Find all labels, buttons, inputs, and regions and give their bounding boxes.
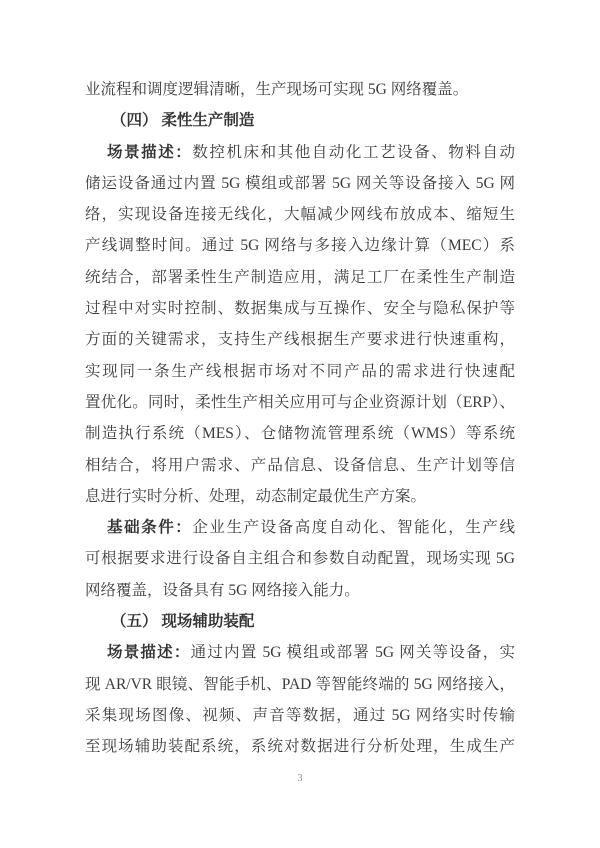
body-line: 产线调整时间。通过 5G 网络与多接入边缘计算（MEC）系 [85, 230, 515, 261]
body-line: 现 AR/VR 眼镜、智能手机、PAD 等智能终端的 5G 网络接入， [85, 669, 515, 700]
body-line: 采集现场图像、视频、声音等数据，通过 5G 网络实时传输 [85, 700, 515, 731]
body-line: 方面的关键需求，支持生产线根据生产要求进行快速重构， [85, 324, 515, 355]
body-line: 置优化。同时，柔性生产相关应用可与企业资源计划（ERP）、 [85, 387, 515, 418]
body-line: 实现同一条生产线根据市场对不同产品的需求进行快速配 [85, 356, 515, 387]
body-line: 息进行实时分析、处理，动态制定最优生产方案。 [85, 481, 515, 512]
page-number: 3 [0, 772, 600, 786]
body-line: 过程中对实时控制、数据集成与互操作、安全与隐私保护等 [85, 293, 515, 324]
body-line: 网络覆盖，设备具有 5G 网络接入能力。 [85, 575, 515, 606]
body-line: 场景描述：数控机床和其他自动化工艺设备、物料自动 [85, 137, 515, 168]
body-line: 基础条件：企业生产设备高度自动化、智能化，生产线 [85, 512, 515, 543]
document-page: 业流程和调度逻辑清晰，生产现场可实现 5G 网络覆盖。 （四） 柔性生产制造 场… [0, 0, 600, 848]
body-line-text: 数控机床和其他自动化工艺设备、物料自动 [192, 144, 515, 161]
document-body: 业流程和调度逻辑清晰，生产现场可实现 5G 网络覆盖。 （四） 柔性生产制造 场… [85, 74, 515, 763]
paragraph-label: 场景描述： [107, 144, 192, 161]
body-line: 统结合，部署柔性生产制造应用，满足工厂在柔性生产制造 [85, 262, 515, 293]
section-heading-5: （五） 现场辅助装配 [85, 606, 515, 637]
body-line: 可根据要求进行设备自主组合和参数自动配置，现场实现 5G [85, 543, 515, 574]
body-line: 制造执行系统（MES）、仓储物流管理系统（WMS）等系统 [85, 418, 515, 449]
body-line: 络，实现设备连接无线化，大幅减少网线布放成本、缩短生 [85, 199, 515, 230]
body-line: 场景描述：通过内置 5G 模组或部署 5G 网关等设备，实 [85, 637, 515, 668]
section-heading-4: （四） 柔性生产制造 [85, 105, 515, 136]
body-line: 至现场辅助装配系统，系统对数据进行分析处理，生成生产 [85, 731, 515, 762]
body-line: 业流程和调度逻辑清晰，生产现场可实现 5G 网络覆盖。 [85, 74, 515, 105]
paragraph-label: 场景描述： [107, 644, 191, 661]
body-line-text: 通过内置 5G 模组或部署 5G 网关等设备，实 [191, 644, 515, 661]
paragraph-label: 基础条件： [107, 519, 192, 536]
body-line: 相结合，将用户需求、产品信息、设备信息、生产计划等信 [85, 450, 515, 481]
body-line: 储运设备通过内置 5G 模组或部署 5G 网关等设备接入 5G 网 [85, 168, 515, 199]
body-line-text: 企业生产设备高度自动化、智能化，生产线 [192, 519, 515, 536]
